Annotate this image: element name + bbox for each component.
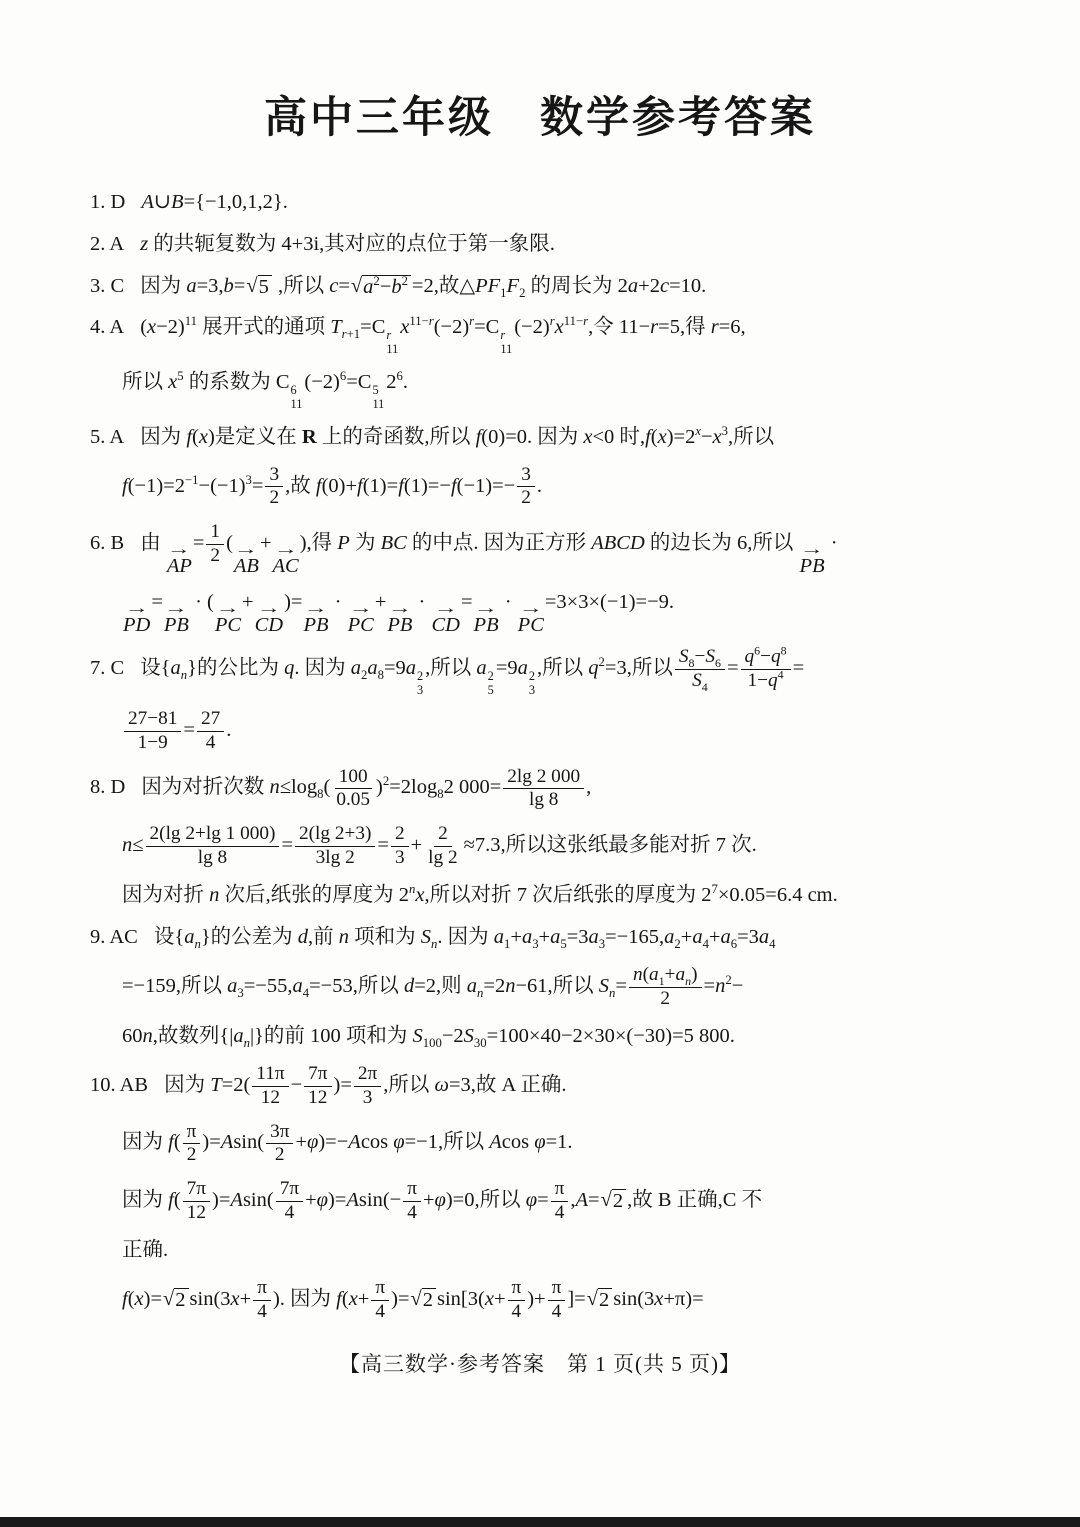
answer-label: 3. C xyxy=(90,275,124,297)
answer-paragraph: 因为 f(7π12)=Asin(7π4+φ)=Asin(−π4+φ)=0,所以 … xyxy=(90,1178,1002,1224)
answer-paragraph: =−159,所以 a3=−55,a4=−53,所以 d=2,则 an=2n−61… xyxy=(90,964,1002,1010)
answer-label: 8. D xyxy=(90,776,125,798)
answer-paragraph: 2. Az 的共轭复数为 4+3i,其对应的点位于第一象限. xyxy=(90,229,1002,260)
answer-paragraph: 4. A(x−2)11 展开式的通项 Tr+1=Cr11x11−r(−2)r=C… xyxy=(90,312,1002,356)
answer-math-text: 因为对折 n 次后,纸张的厚度为 2nx,所以对折 7 次后纸张的厚度为 27×… xyxy=(122,884,838,906)
answer-paragraph: 27−811−9=274. xyxy=(90,708,1002,754)
answer-math-text: 所以 x5 的系数为 C611(−2)6=C51126. xyxy=(122,371,408,393)
answer-paragraph: 9. AC设{an}的公差为 d,前 n 项和为 Sn. 因为 a1+a3+a5… xyxy=(90,922,1002,953)
answer-label: 7. C xyxy=(90,657,124,679)
answer-math-text: z 的共轭复数为 4+3i,其对应的点位于第一象限. xyxy=(140,233,555,255)
answer-math-text: 因为 T=2(11π12−7π12)=2π3,所以 ω=3,故 A 正确. xyxy=(164,1074,566,1096)
answer-paragraph: 3. C因为 a=3,b=√5 ,所以 c=√a2−b2=2,故△PF1F2 的… xyxy=(90,271,1002,302)
page-title: 高中三年级 数学参考答案 xyxy=(0,0,1080,145)
answer-item: 9. AC设{an}的公差为 d,前 n 项和为 Sn. 因为 a1+a3+a5… xyxy=(90,922,1002,1052)
answer-label: 9. AC xyxy=(90,926,138,948)
answer-paragraph: 正确. xyxy=(90,1235,1002,1266)
answer-item: 5. A因为 f(x)是定义在 R 上的奇函数,所以 f(0)=0. 因为 x<… xyxy=(90,422,1002,510)
answer-paragraph: 60n,故数列{|an|}的前 100 项和为 S100−2S30=100×40… xyxy=(90,1021,1002,1052)
answer-math-text: 正确. xyxy=(122,1239,168,1261)
answer-item: 3. C因为 a=3,b=√5 ,所以 c=√a2−b2=2,故△PF1F2 的… xyxy=(90,271,1002,302)
answer-item: 4. A(x−2)11 展开式的通项 Tr+1=Cr11x11−r(−2)r=C… xyxy=(90,312,1002,411)
answer-paragraph: →PD=→PB · (→PC+→CD)=→PB · →PC+→PB · →CD=… xyxy=(90,587,1002,635)
answer-math-text: (x−2)11 展开式的通项 Tr+1=Cr11x11−r(−2)r=Cr11(… xyxy=(140,316,745,338)
answer-math-text: f(x)=√2sin(3x+π4). 因为 f(x+π4)=√2sin[3(x+… xyxy=(122,1288,704,1310)
answer-paragraph: 6. B由 →AP=12(→AB+→AC),得 P 为 BC 的中点. 因为正方… xyxy=(90,521,1002,576)
answer-math-text: 由 →AP=12(→AB+→AC),得 P 为 BC 的中点. 因为正方形 AB… xyxy=(140,532,837,554)
answer-math-text: =−159,所以 a3=−55,a4=−53,所以 d=2,则 an=2n−61… xyxy=(122,975,743,997)
answer-math-text: n≤2(lg 2+lg 1 000)lg 8=2(lg 2+3)3lg 2=23… xyxy=(122,834,757,856)
answer-label: 10. AB xyxy=(90,1074,148,1096)
answer-item: 2. Az 的共轭复数为 4+3i,其对应的点位于第一象限. xyxy=(90,229,1002,260)
answer-paragraph: 因为对折 n 次后,纸张的厚度为 2nx,所以对折 7 次后纸张的厚度为 27×… xyxy=(90,880,1002,911)
answer-item: 1. DA∪B={−1,0,1,2}. xyxy=(90,187,1002,218)
answer-math-text: f(−1)=2−1−(−1)3=32,故 f(0)+f(1)=f(1)=−f(−… xyxy=(122,475,542,497)
answer-label: 6. B xyxy=(90,532,124,554)
answer-math-text: 因为 f(x)是定义在 R 上的奇函数,所以 f(0)=0. 因为 x<0 时,… xyxy=(140,426,774,448)
answer-paragraph: f(−1)=2−1−(−1)3=32,故 f(0)+f(1)=f(1)=−f(−… xyxy=(90,464,1002,510)
answer-paragraph: 7. C设{an}的公比为 q. 因为 a2a8=9a23,所以 a25=9a2… xyxy=(90,646,1002,697)
answer-item: 8. D因为对折次数 n≤log8(1000.05)2=2log82 000=2… xyxy=(90,766,1002,912)
answer-label: 4. A xyxy=(90,316,124,338)
scan-edge-artifact xyxy=(0,1517,1080,1527)
answer-paragraph: 所以 x5 的系数为 C611(−2)6=C51126. xyxy=(90,367,1002,411)
answer-paragraph: 1. DA∪B={−1,0,1,2}. xyxy=(90,187,1002,218)
answer-paragraph: 10. AB因为 T=2(11π12−7π12)=2π3,所以 ω=3,故 A … xyxy=(90,1063,1002,1109)
answer-math-text: 60n,故数列{|an|}的前 100 项和为 S100−2S30=100×40… xyxy=(122,1025,735,1047)
answer-label: 2. A xyxy=(90,233,124,255)
answer-math-text: →PD=→PB · (→PC+→CD)=→PB · →PC+→PB · →CD=… xyxy=(122,591,674,613)
answer-paragraph: 5. A因为 f(x)是定义在 R 上的奇函数,所以 f(0)=0. 因为 x<… xyxy=(90,422,1002,453)
answer-math-text: 设{an}的公差为 d,前 n 项和为 Sn. 因为 a1+a3+a5=3a3=… xyxy=(154,926,776,948)
answer-label: 5. A xyxy=(90,426,124,448)
page-footer: 【高三数学·参考答案 第 1 页(共 5 页)】 xyxy=(0,1348,1080,1378)
answer-sheet-page: 高中三年级 数学参考答案 1. DA∪B={−1,0,1,2}.2. Az 的共… xyxy=(0,0,1080,1527)
answer-math-text: 27−811−9=274. xyxy=(122,719,231,741)
answer-item: 6. B由 →AP=12(→AB+→AC),得 P 为 BC 的中点. 因为正方… xyxy=(90,521,1002,635)
answer-paragraph: n≤2(lg 2+lg 1 000)lg 8=2(lg 2+3)3lg 2=23… xyxy=(90,823,1002,869)
answer-math-text: 因为 f(7π12)=Asin(7π4+φ)=Asin(−π4+φ)=0,所以 … xyxy=(122,1189,762,1211)
answer-item: 10. AB因为 T=2(11π12−7π12)=2π3,所以 ω=3,故 A … xyxy=(90,1063,1002,1324)
answer-paragraph: f(x)=√2sin(3x+π4). 因为 f(x+π4)=√2sin[3(x+… xyxy=(90,1277,1002,1323)
answer-math-text: 因为 f(π2)=Asin(3π2+φ)=−Acos φ=−1,所以 Acos … xyxy=(122,1131,573,1153)
answer-paragraph: 8. D因为对折次数 n≤log8(1000.05)2=2log82 000=2… xyxy=(90,766,1002,812)
answer-math-text: 因为 a=3,b=√5 ,所以 c=√a2−b2=2,故△PF1F2 的周长为 … xyxy=(140,275,706,297)
answer-math-text: 设{an}的公比为 q. 因为 a2a8=9a23,所以 a25=9a23,所以… xyxy=(140,657,804,679)
answer-math-text: A∪B={−1,0,1,2}. xyxy=(141,191,288,213)
answers-list: 1. DA∪B={−1,0,1,2}.2. Az 的共轭复数为 4+3i,其对应… xyxy=(0,145,1080,1324)
answer-label: 1. D xyxy=(90,191,125,213)
answer-paragraph: 因为 f(π2)=Asin(3π2+φ)=−Acos φ=−1,所以 Acos … xyxy=(90,1121,1002,1167)
answer-math-text: 因为对折次数 n≤log8(1000.05)2=2log82 000=2lg 2… xyxy=(141,776,591,798)
answer-item: 7. C设{an}的公比为 q. 因为 a2a8=9a23,所以 a25=9a2… xyxy=(90,646,1002,754)
